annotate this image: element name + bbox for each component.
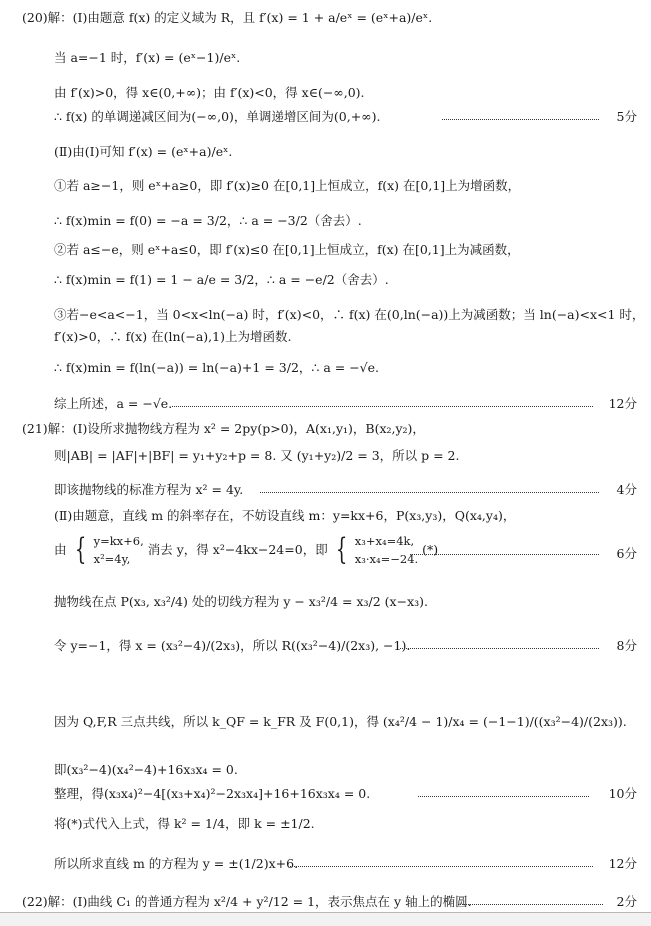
leader-dots bbox=[418, 796, 589, 797]
q21-l2-text: 即该抛物线的标准方程为 x² = 4y. bbox=[54, 482, 243, 497]
q20-line-1: 当 a=−1 时，f′(x) = (eˣ−1)/eˣ. bbox=[0, 48, 651, 66]
score-8: 8分 bbox=[617, 636, 637, 654]
q21-line-3: (Ⅱ)由题意，直线 m 的斜率存在，不妨设直线 m：y=kx+6，P(x₃,y₃… bbox=[0, 506, 651, 524]
score-10: 10分 bbox=[609, 784, 637, 802]
q21-l11-text: 所以所求直线 m 的方程为 y = ±(1/2)x+6. bbox=[54, 856, 298, 871]
q20-l8-text: ∴ f(x)min = f(1) = 1 − a/e = 3/2，∴ a = −… bbox=[54, 272, 389, 287]
system2-bottom: x₃·x₄=−24. bbox=[355, 552, 418, 566]
q21-header-text: (21)解：(Ⅰ)设所求抛物线方程为 x² = 2py(p>0)，A(x₁,y₁… bbox=[22, 421, 425, 436]
q20-l6-text: ∴ f(x)min = f(0) = −a = 3/2，∴ a = −3/2（舍… bbox=[54, 213, 362, 228]
system1-top: y=kx+6, bbox=[94, 534, 144, 548]
q21-l8-text: 即(x₃²−4)(x₄²−4)+16x₃x₄ = 0. bbox=[54, 762, 238, 777]
leader-dots bbox=[442, 119, 599, 120]
system1-bottom: x²=4y, bbox=[94, 552, 131, 566]
q21-line-4: 由 { y=kx+6, x²=4y, 消去 y，得 x²−4kx−24=0，即 … bbox=[0, 532, 651, 569]
q20-l3-text: ∴ f(x) 的单调递减区间为(−∞,0)，单调递增区间为(0,+∞). bbox=[54, 109, 380, 124]
q21-line-8: 即(x₃²−4)(x₄²−4)+16x₃x₄ = 0. bbox=[0, 760, 651, 778]
brace-icon: { bbox=[336, 535, 347, 565]
q20-line-9: ③若−e<a<−1，当 0<x<ln(−a) 时，f′(x)<0，∴ f(x) … bbox=[0, 305, 651, 323]
score-12: 12分 bbox=[609, 394, 637, 412]
q20-line-5: ①若 a≥−1，则 eˣ+a≥0，即 f′(x)≥0 在[0,1]上恒成立，f(… bbox=[0, 176, 651, 194]
q20-l9-text: ③若−e<a<−1，当 0<x<ln(−a) 时，f′(x)<0，∴ f(x) … bbox=[54, 307, 644, 322]
q21-l4-middle: 消去 y，得 x²−4kx−24=0，即 bbox=[148, 542, 328, 557]
q20-line-12: 综上所述，a = −√e. 12分 bbox=[0, 394, 651, 412]
q20-l12-text: 综上所述，a = −√e. bbox=[54, 396, 172, 411]
q21-l10-text: 将(*)式代入上式，得 k² = 1/4，即 k = ±1/2. bbox=[54, 816, 315, 831]
leader-dots bbox=[172, 406, 593, 407]
q20-header-text: (20)解：(Ⅰ)由题意 f(x) 的定义域为 R，且 f′(x) = 1 + … bbox=[22, 10, 432, 25]
q20-header: (20)解：(Ⅰ)由题意 f(x) 的定义域为 R，且 f′(x) = 1 + … bbox=[0, 8, 651, 26]
q21-line-5: 抛物线在点 P(x₃, x₃²/4) 处的切线方程为 y − x₃²/4 = x… bbox=[0, 592, 651, 610]
q21-l1-text: 则|AB| = |AF|+|BF| = y₁+y₂+p = 8. 又 (y₁+y… bbox=[54, 448, 459, 463]
leader-dots bbox=[458, 904, 603, 905]
score-6: 6分 bbox=[617, 544, 637, 562]
q21-l4-prefix: 由 bbox=[54, 542, 67, 557]
score-5: 5分 bbox=[617, 107, 637, 125]
q20-l7-text: ②若 a≤−e，则 eˣ+a≤0，即 f′(x)≤0 在[0,1]上恒成立，f(… bbox=[54, 242, 520, 257]
q20-l1-text: 当 a=−1 时，f′(x) = (eˣ−1)/eˣ. bbox=[54, 50, 240, 65]
system2-top: x₃+x₄=4k, bbox=[355, 534, 414, 548]
q20-line-7: ②若 a≤−e，则 eˣ+a≤0，即 f′(x)≤0 在[0,1]上恒成立，f(… bbox=[0, 240, 651, 258]
equation-system-2: x₃+x₄=4k, x₃·x₄=−24. bbox=[355, 532, 418, 569]
q20-line-4: (Ⅱ)由(Ⅰ)可知 f′(x) = (eˣ+a)/eˣ. bbox=[0, 142, 651, 160]
q21-l9-text: 整理，得(x₃x₄)²−4[(x₃+x₄)²−2x₃x₄]+16+16x₃x₄ … bbox=[54, 786, 370, 801]
q21-header: (21)解：(Ⅰ)设所求抛物线方程为 x² = 2py(p>0)，A(x₁,y₁… bbox=[0, 419, 651, 437]
q21-l5-text: 抛物线在点 P(x₃, x₃²/4) 处的切线方程为 y − x₃²/4 = x… bbox=[54, 594, 428, 609]
q20-l2-text: 由 f′(x)>0，得 x∈(0,+∞)；由 f′(x)<0，得 x∈(−∞,0… bbox=[54, 85, 365, 100]
q20-line-10: f′(x)>0，∴ f(x) 在(ln(−a),1)上为增函数. bbox=[0, 327, 651, 345]
q21-l6-text: 令 y=−1，得 x = (x₃²−4)/(2x₃)，所以 R((x₃²−4)/… bbox=[54, 638, 410, 653]
page-footer-strip bbox=[0, 913, 651, 926]
score-12: 12分 bbox=[609, 854, 637, 872]
leader-dots bbox=[400, 648, 599, 649]
q21-line-7: 因为 Q,F,R 三点共线，所以 k_QF = k_FR 及 F(0,1)，得 … bbox=[0, 712, 651, 730]
equation-system-1: y=kx+6, x²=4y, bbox=[94, 532, 144, 569]
q20-line-3: ∴ f(x) 的单调递减区间为(−∞,0)，单调递增区间为(0,+∞). 5分 bbox=[0, 107, 651, 125]
score-2: 2分 bbox=[617, 892, 637, 910]
q20-line-11: ∴ f(x)min = f(ln(−a)) = ln(−a)+1 = 3/2，∴… bbox=[0, 358, 651, 376]
q20-l10-text: f′(x)>0，∴ f(x) 在(ln(−a),1)上为增函数. bbox=[54, 329, 291, 344]
q21-line-11: 所以所求直线 m 的方程为 y = ±(1/2)x+6. 12分 bbox=[0, 854, 651, 872]
q22-header-text: (22)解：(Ⅰ)曲线 C₁ 的普通方程为 x²/4 + y²/12 = 1，表… bbox=[22, 894, 472, 909]
q20-line-2: 由 f′(x)>0，得 x∈(0,+∞)；由 f′(x)<0，得 x∈(−∞,0… bbox=[0, 83, 651, 101]
q21-line-2: 即该抛物线的标准方程为 x² = 4y. 4分 bbox=[0, 480, 651, 498]
q21-line-9: 整理，得(x₃x₄)²−4[(x₃+x₄)²−2x₃x₄]+16+16x₃x₄ … bbox=[0, 784, 651, 802]
q20-line-6: ∴ f(x)min = f(0) = −a = 3/2，∴ a = −3/2（舍… bbox=[0, 211, 651, 229]
q21-l7-text: 因为 Q,F,R 三点共线，所以 k_QF = k_FR 及 F(0,1)，得 … bbox=[54, 714, 627, 729]
q20-l4-text: (Ⅱ)由(Ⅰ)可知 f′(x) = (eˣ+a)/eˣ. bbox=[54, 144, 232, 159]
q21-l3-text: (Ⅱ)由题意，直线 m 的斜率存在，不妨设直线 m：y=kx+6，P(x₃,y₃… bbox=[54, 508, 515, 523]
q20-line-8: ∴ f(x)min = f(1) = 1 − a/e = 3/2，∴ a = −… bbox=[0, 270, 651, 288]
score-4: 4分 bbox=[617, 480, 637, 498]
q20-l11-text: ∴ f(x)min = f(ln(−a)) = ln(−a)+1 = 3/2，∴… bbox=[54, 360, 379, 375]
leader-dots bbox=[410, 554, 599, 555]
leader-dots bbox=[290, 866, 593, 867]
q21-line-1: 则|AB| = |AF|+|BF| = y₁+y₂+p = 8. 又 (y₁+y… bbox=[0, 446, 651, 464]
brace-icon: { bbox=[74, 535, 85, 565]
q21-line-10: 将(*)式代入上式，得 k² = 1/4，即 k = ±1/2. bbox=[0, 814, 651, 832]
q20-l5-text: ①若 a≥−1，则 eˣ+a≥0，即 f′(x)≥0 在[0,1]上恒成立，f(… bbox=[54, 178, 520, 193]
q21-line-6: 令 y=−1，得 x = (x₃²−4)/(2x₃)，所以 R((x₃²−4)/… bbox=[0, 636, 651, 654]
leader-dots bbox=[260, 492, 599, 493]
q22-header: (22)解：(Ⅰ)曲线 C₁ 的普通方程为 x²/4 + y²/12 = 1，表… bbox=[0, 892, 651, 910]
